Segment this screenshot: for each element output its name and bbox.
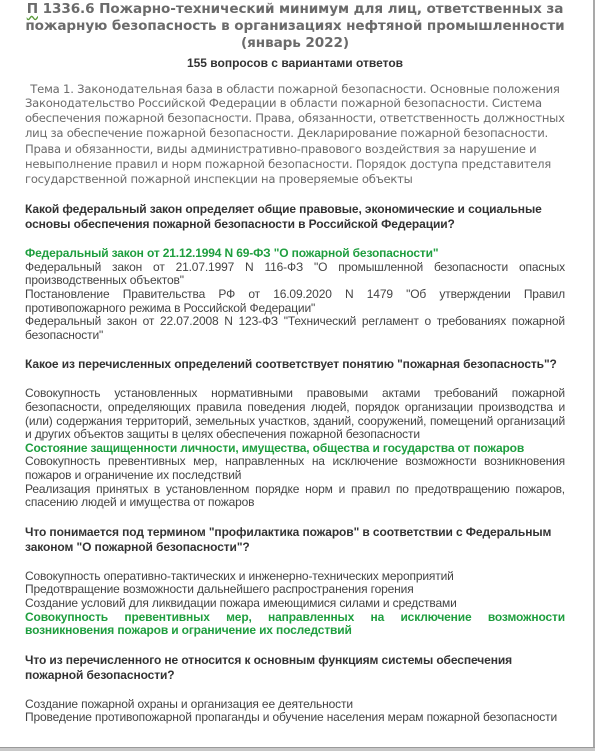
topic-heading: Тема 1. Законодательная база в области п… xyxy=(25,83,565,96)
question-block: Какой федеральный закон определяет общие… xyxy=(25,202,565,342)
title-text: 1336.6 Пожарно-технический минимум для л… xyxy=(25,1,564,51)
correct-answer: Федеральный закон от 21.12.1994 N 69-ФЗ … xyxy=(25,247,565,261)
question-block: Что из перечисленного не относится к осн… xyxy=(25,653,565,725)
answer-option: Федеральный закон от 21.07.1997 N 116-ФЗ… xyxy=(25,261,565,288)
answer-list: Создание пожарной охраны и организация е… xyxy=(25,698,565,725)
correct-answer: Совокупность превентивных мер, направлен… xyxy=(25,611,565,638)
answer-option: Проведение противопожарной пропаганды и … xyxy=(25,711,565,725)
question-block: Какое из перечисленных определений соотв… xyxy=(25,357,565,509)
answer-option: Совокупность установленных нормативными … xyxy=(25,387,565,441)
topic-description: Законодательство Российской Федерации в … xyxy=(25,96,565,187)
answer-option: Совокупность оперативно-тактических и ин… xyxy=(25,570,565,584)
answer-option: Реализация принятых в установленном поря… xyxy=(25,483,565,510)
answer-option: Федеральный закон от 22.07.2008 N 123-ФЗ… xyxy=(25,315,565,342)
question-block: Что понимается под термином "профилактик… xyxy=(25,525,565,638)
answer-option: Постановление Правительства РФ от 16.09.… xyxy=(25,288,565,315)
question-text: Какой федеральный закон определяет общие… xyxy=(25,202,565,232)
answer-list: Совокупность установленных нормативными … xyxy=(25,387,565,509)
document-title: П 1336.6 Пожарно-технический минимум для… xyxy=(25,1,565,52)
answer-option: Создание условий для ликвидации пожара и… xyxy=(25,597,565,611)
question-text: Какое из перечисленных определений соотв… xyxy=(25,357,565,372)
answer-option: Совокупность превентивных мер, направлен… xyxy=(25,455,565,482)
correct-answer: Состояние защищенности личности, имущест… xyxy=(25,442,565,456)
document-subtitle: 155 вопросов с вариантами ответов xyxy=(25,56,565,71)
window-bottom-border xyxy=(0,747,595,751)
question-list: Какой федеральный закон определяет общие… xyxy=(25,202,565,725)
title-prefix: П xyxy=(27,1,38,17)
answer-list: Совокупность оперативно-тактических и ин… xyxy=(25,570,565,638)
answer-option: Создание пожарной охраны и организация е… xyxy=(25,698,565,712)
question-text: Что из перечисленного не относится к осн… xyxy=(25,653,565,683)
document-page: П 1336.6 Пожарно-технический минимум для… xyxy=(25,0,565,725)
answer-option: Предотвращение возможности дальнейшего р… xyxy=(25,583,565,597)
question-text: Что понимается под термином "профилактик… xyxy=(25,525,565,555)
answer-list: Федеральный закон от 21.12.1994 N 69-ФЗ … xyxy=(25,247,565,342)
